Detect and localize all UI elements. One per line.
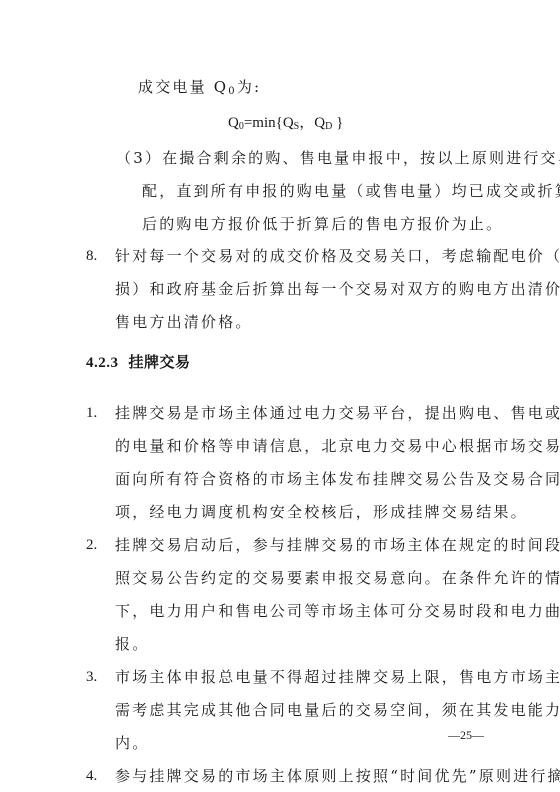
section-title: 挂牌交易: [129, 353, 191, 371]
item-number: 3.: [86, 667, 97, 687]
section-heading: 4.2.3挂牌交易: [86, 352, 191, 373]
intro-prefix: 成交电量 Q: [138, 78, 228, 96]
intro-sub: 0: [228, 86, 237, 97]
item-line: 的电量和价格等申请信息，北京电力交易中心根据市场交易情况: [115, 436, 560, 456]
step3-line: 配，直到所有申报的购电量（或售电量）均已成交或折算: [142, 181, 560, 201]
item-number: 1.: [86, 403, 97, 423]
item-line: 照交易公告约定的交易要素申报交易意向。在条件允许的情况: [115, 568, 560, 588]
intro-suffix: 为:: [237, 78, 261, 96]
item-line: 项，经电力调度机构安全校核后，形成挂牌交易结果。: [115, 502, 528, 522]
step3-line: （3）在撮合剩余的购、售电量申报中，按以上原则进行交易匹: [116, 148, 560, 168]
item-number: 2.: [86, 535, 97, 555]
formula-mid: ，Q: [299, 115, 325, 131]
item-line: 针对每一个交易对的成交价格及交易关口，考虑输配电价（含网: [115, 246, 560, 266]
step3-line: 后的购电方报价低于折算后的售电方报价为止。: [142, 214, 503, 234]
formula: Q0=min{QS，QD }: [228, 113, 343, 137]
item-number: 4.: [86, 766, 97, 786]
item-line: 挂牌交易是市场主体通过电力交易平台，提出购电、售电或合同: [115, 403, 560, 423]
item-number: 8.: [86, 246, 97, 266]
page-number: —25—: [448, 728, 484, 743]
item-line: 参与挂牌交易的市场主体原则上按照“时间优先”原则进行摘牌，: [115, 766, 560, 786]
formula-eq: =min{Q: [244, 115, 294, 131]
item-line: 售电方出清价格。: [115, 312, 253, 332]
item-line: 损）和政府基金后折算出每一个交易对双方的购电方出清价格和: [115, 279, 560, 299]
formula-lhs: Q: [228, 115, 239, 131]
formula-end: }: [332, 115, 343, 131]
section-number: 4.2.3: [86, 355, 119, 371]
item-line: 面向所有符合资格的市场主体发布挂牌交易公告及交易合同事: [115, 469, 560, 489]
item-line: 下，电力用户和售电公司等市场主体可分交易时段和电力曲线申: [115, 601, 560, 621]
item-line: 市场主体申报总电量不得超过挂牌交易上限，售电方市场主体还: [115, 667, 560, 687]
item-line: 报。: [115, 634, 149, 654]
item-line: 内。: [115, 733, 149, 753]
intro-line: 成交电量 Q0为:: [138, 77, 261, 102]
item-line: 挂牌交易启动后，参与挂牌交易的市场主体在规定的时间段内按: [115, 535, 560, 555]
item-line: 需考虑其完成其他合同电量后的交易空间，须在其发电能力之: [115, 700, 560, 720]
